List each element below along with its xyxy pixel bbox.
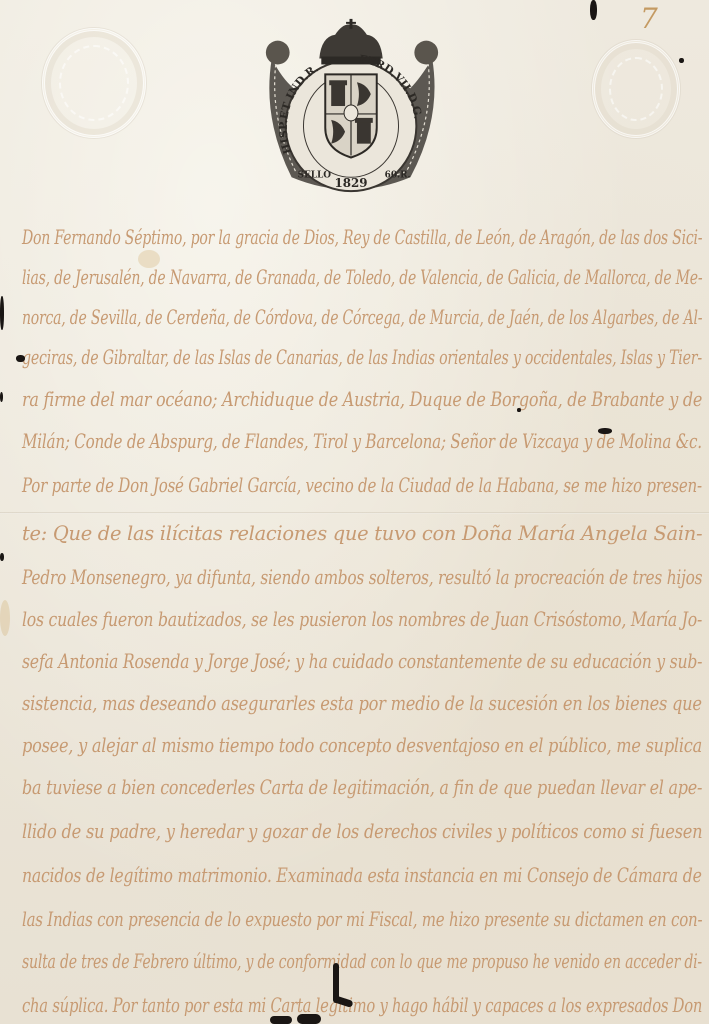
- paper-fold-line: [0, 512, 709, 514]
- manuscript-line: cha súplica. Por tanto por esta mi Carta…: [22, 994, 702, 1017]
- manuscript-line: nacidos de legítimo matrimonio. Examinad…: [22, 864, 702, 887]
- ink-blot: [0, 392, 3, 402]
- manuscript-line: geciras, de Gibraltar, de las Islas de C…: [22, 346, 702, 369]
- royal-seal-stamp: HISP.ET IND.R. FERD.VII.D.G. 1829 SELLO …: [252, 18, 450, 198]
- blind-embossed-stamp-left: [42, 28, 146, 138]
- seal-year: 1829: [334, 176, 367, 190]
- ink-blot: [598, 428, 612, 434]
- svg-text:60.R.: 60.R.: [385, 170, 411, 180]
- ink-blot: [0, 553, 4, 561]
- ink-blot: [590, 0, 597, 20]
- svg-text:SELLO: SELLO: [298, 170, 332, 180]
- manuscript-line: ra firme del mar océano; Archiduque de A…: [22, 388, 702, 411]
- ink-blot: [517, 408, 521, 412]
- ink-blot: [679, 58, 684, 63]
- manuscript-page: 7 HISP.ET IND.R.: [0, 0, 709, 1024]
- manuscript-line: las Indias con presencia de lo expuesto …: [22, 908, 702, 931]
- manuscript-line: sistencia, mas deseando asegurarles esta…: [22, 692, 702, 715]
- manuscript-line: te: Que de las ilícitas relaciones que t…: [22, 522, 702, 545]
- manuscript-line: Don Fernando Séptimo, por la gracia de D…: [22, 226, 702, 249]
- foxing-stain: [0, 600, 10, 636]
- manuscript-line: sulta de tres de Febrero último, y de co…: [22, 950, 702, 973]
- manuscript-line: posee, y alejar al mismo tiempo todo con…: [22, 734, 702, 757]
- manuscript-line: lias, de Jerusalén, de Navarra, de Grana…: [22, 266, 702, 289]
- manuscript-line: sefa Antonia Rosenda y Jorge José; y ha …: [22, 650, 702, 673]
- manuscript-line: llido de su padre, y heredar y gozar de …: [22, 820, 702, 843]
- folio-number: 7: [640, 2, 658, 35]
- manuscript-line: los cuales fueron bautizados, se les pus…: [22, 608, 702, 631]
- foxing-stain: [138, 250, 160, 268]
- ink-blot: [270, 1016, 292, 1024]
- manuscript-line: ba tuviese a bien concederles Carta de l…: [22, 776, 702, 799]
- ink-blot: [16, 355, 25, 362]
- ink-blot: [0, 296, 4, 330]
- ink-blot: [297, 1014, 321, 1024]
- manuscript-line: norca, de Sevilla, de Cerdeña, de Córdov…: [22, 306, 702, 329]
- blind-embossed-stamp-right: [592, 40, 680, 138]
- manuscript-line: Pedro Monsenegro, ya difunta, siendo amb…: [22, 566, 702, 589]
- manuscript-line: Por parte de Don José Gabriel García, ve…: [22, 474, 702, 497]
